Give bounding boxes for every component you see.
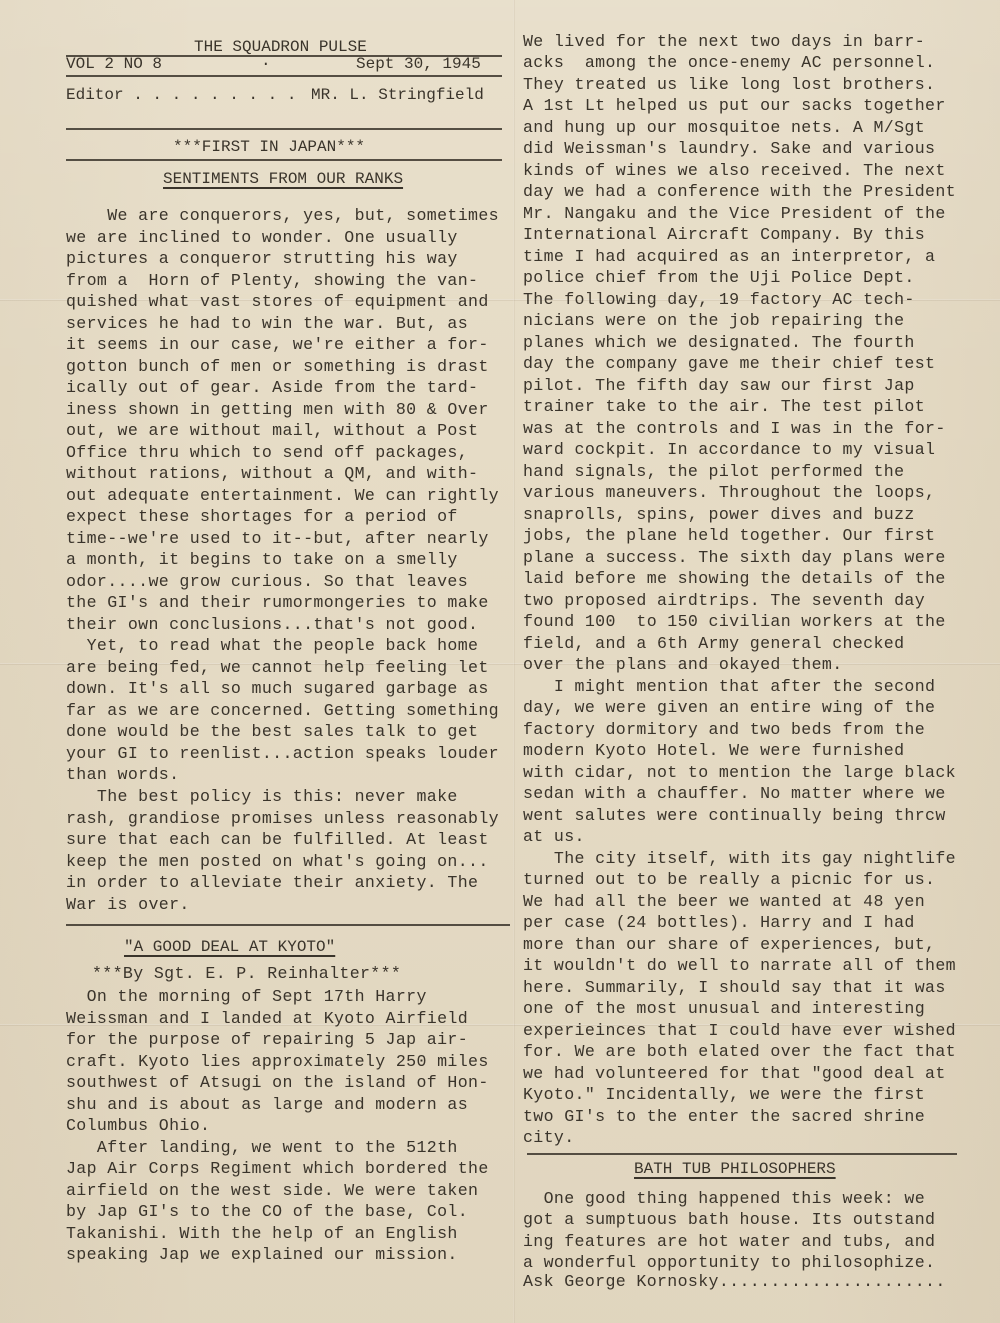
text-line: Kyoto." Incidentally, we were the first xyxy=(523,1084,925,1106)
text-line: airfield on the west side. We were taken xyxy=(66,1180,478,1202)
article-title-kyoto: "A GOOD DEAL AT KYOTO" xyxy=(124,938,335,956)
text-line: out, we are without mail, without a Post xyxy=(66,420,478,442)
text-line: Weissman and I landed at Kyoto Airfield xyxy=(66,1008,468,1030)
text-line: Jap Air Corps Regiment which bordered th… xyxy=(66,1158,489,1180)
text-line: without rations, without a QM, and with- xyxy=(66,463,478,485)
text-line: I might mention that after the second xyxy=(523,676,935,698)
text-line: two GI's to the enter the sacred shrine xyxy=(523,1106,925,1128)
text-line: pilot. The fifth day saw our first Jap xyxy=(523,375,915,397)
text-line: we had volunteered for that "good deal a… xyxy=(523,1063,946,1085)
text-line: got a sumptuous bath house. Its outstand xyxy=(523,1209,935,1231)
text-line: rash, grandiose promises unless reasonab… xyxy=(66,808,499,830)
text-line: day, we were given an entire wing of the xyxy=(523,697,935,719)
text-line: factory dormitory and two beds from the xyxy=(523,719,925,741)
text-line: went salutes were continually being thrc… xyxy=(523,805,946,827)
text-line: trainer take to the air. The test pilot xyxy=(523,396,925,418)
section-banner: ***FIRST IN JAPAN*** xyxy=(173,138,365,156)
text-line: The following day, 19 factory AC tech- xyxy=(523,289,915,311)
section-rule xyxy=(66,128,502,130)
section-rule xyxy=(527,1153,957,1155)
text-line: various maneuvers. Throughout the loops, xyxy=(523,482,935,504)
text-line: for the purpose of repairing 5 Jap air- xyxy=(66,1029,468,1051)
text-line: quished what vast stores of equipment an… xyxy=(66,291,489,313)
text-line: over the plans and okayed them. xyxy=(523,654,843,676)
text-line: southwest of Atsugi on the island of Hon… xyxy=(66,1072,489,1094)
text-line: plane a success. The sixth day plans wer… xyxy=(523,547,946,569)
text-line: A 1st Lt helped us put our sacks togethe… xyxy=(523,95,946,117)
text-line: Office thru which to send off packages, xyxy=(66,442,468,464)
text-line: at us. xyxy=(523,826,585,848)
text-line: acks among the once-enemy AC personnel. xyxy=(523,52,935,74)
text-line: from a Horn of Plenty, showing the van- xyxy=(66,270,478,292)
text-line: for. We are both elated over the fact th… xyxy=(523,1041,956,1063)
text-line: than words. xyxy=(66,764,179,786)
text-line: are being fed, we cannot help feeling le… xyxy=(66,657,489,679)
text-line: field, and a 6th Army general checked xyxy=(523,633,904,655)
section-rule xyxy=(66,159,502,161)
text-line: They treated us like long lost brothers. xyxy=(523,74,935,96)
text-line: did Weissman's laundry. Sake and various xyxy=(523,138,935,160)
text-line: a month, it begins to take on a smelly xyxy=(66,549,458,571)
text-line: modern Kyoto Hotel. We were furnished xyxy=(523,740,904,762)
text-line: experieinces that I could have ever wish… xyxy=(523,1020,956,1042)
paper-fold-crease xyxy=(513,0,515,1323)
text-line: was at the controls and I was in the for… xyxy=(523,418,946,440)
text-line: found 100 to 150 civilian workers at the xyxy=(523,611,946,633)
text-line: keep the men posted on what's going on..… xyxy=(66,851,489,873)
text-line: two proposed airdtrips. The seventh day xyxy=(523,590,925,612)
text-line: sure that each can be fulfilled. At leas… xyxy=(66,829,489,851)
text-line: The best policy is this: never make xyxy=(66,786,458,808)
text-line: War is over. xyxy=(66,894,190,916)
text-line: here. Summarily, I should say that it wa… xyxy=(523,977,946,999)
text-line: far as we are concerned. Getting somethi… xyxy=(66,700,499,722)
issue-date: Sept 30, 1945 xyxy=(356,55,481,73)
text-line: by Jap GI's to the CO of the base, Col. xyxy=(66,1201,468,1223)
text-line: hand signals, the pilot performed the xyxy=(523,461,904,483)
text-line: it wouldn't do well to narrate all of th… xyxy=(523,955,956,977)
text-line: with cidar, not to mention the large bla… xyxy=(523,762,956,784)
masthead-separator: · xyxy=(261,55,271,73)
text-line: gotton bunch of men or something is dras… xyxy=(66,356,489,378)
text-line: pictures a conqueror strutting his way xyxy=(66,248,458,270)
text-line: kinds of wines we also received. The nex… xyxy=(523,160,946,182)
text-line: sedan with a chauffer. No matter where w… xyxy=(523,783,946,805)
text-line: Columbus Ohio. xyxy=(66,1115,210,1137)
text-line: snaprolls, spins, power dives and buzz xyxy=(523,504,915,526)
text-line: out adequate entertainment. We can right… xyxy=(66,485,499,507)
text-line: your GI to reenlist...action speaks loud… xyxy=(66,743,499,765)
text-line: International Aircraft Company. By this xyxy=(523,224,925,246)
text-line: done would be the best sales talk to get xyxy=(66,721,478,743)
text-line: We are conquerors, yes, but, sometimes xyxy=(66,205,499,227)
text-line: After landing, we went to the 512th xyxy=(66,1137,458,1159)
text-line: turned out to be really a picnic for us. xyxy=(523,869,935,891)
text-line: craft. Kyoto lies approximately 250 mile… xyxy=(66,1051,489,1073)
text-line: iness shown in getting men with 80 & Ove… xyxy=(66,399,489,421)
text-line: Takanishi. With the help of an English xyxy=(66,1223,458,1245)
text-line: ing features are hot water and tubs, and xyxy=(523,1231,935,1253)
text-line: services he had to win the war. But, as xyxy=(66,313,468,335)
text-line: The city itself, with its gay nightlife xyxy=(523,848,956,870)
newsletter-title: THE SQUADRON PULSE xyxy=(194,38,367,56)
text-line: laid before me showing the details of th… xyxy=(523,568,946,590)
text-line: time I had acquired as an interpretor, a xyxy=(523,246,935,268)
text-line: per case (24 bottles). Harry and I had xyxy=(523,912,915,934)
text-line: shu and is about as large and modern as xyxy=(66,1094,468,1116)
text-line: expect these shortages for a period of xyxy=(66,506,458,528)
text-line: in order to alleviate their anxiety. The xyxy=(66,872,478,894)
text-line: day we had a conference with the Preside… xyxy=(523,181,956,203)
text-line: odor....we grow curious. So that leaves xyxy=(66,571,468,593)
text-line: ward cockpit. In accordance to my visual xyxy=(523,439,935,461)
section-rule xyxy=(66,924,510,926)
text-line: more than our share of experiences, but, xyxy=(523,934,935,956)
text-line: We had all the beer we wanted at 48 yen xyxy=(523,891,925,913)
text-line: city. xyxy=(523,1127,575,1149)
text-line: their own conclusions...that's not good. xyxy=(66,614,478,636)
text-line: Yet, to read what the people back home xyxy=(66,635,478,657)
text-line: We lived for the next two days in barr- xyxy=(523,31,925,53)
masthead-rule xyxy=(66,75,502,77)
text-line: the GI's and their rumormongeries to mak… xyxy=(66,592,489,614)
editor-label: Editor . . . . . . . . . xyxy=(66,86,296,104)
text-line: one of the most unusual and interesting xyxy=(523,998,925,1020)
text-line: planes which we designated. The fourth xyxy=(523,332,915,354)
article-title-bath-tub: BATH TUB PHILOSOPHERS xyxy=(634,1160,836,1178)
text-line: and hung up our mosquitoe nets. A M/Sgt xyxy=(523,117,925,139)
text-line: jobs, the plane held together. Our first xyxy=(523,525,935,547)
text-line: police chief from the Uji Police Dept. xyxy=(523,267,915,289)
article-byline: ***By Sgt. E. P. Reinhalter*** xyxy=(92,963,401,985)
text-line: Ask George Kornosky.....................… xyxy=(523,1271,946,1293)
text-line: we are inclined to wonder. One usually xyxy=(66,227,458,249)
text-line: nicians were on the job repairing the xyxy=(523,310,904,332)
editor-name: MR. L. Stringfield xyxy=(311,86,484,104)
text-line: One good thing happened this week: we xyxy=(523,1188,925,1210)
article-title-sentiments: SENTIMENTS FROM OUR RANKS xyxy=(163,170,403,188)
text-line: down. It's all so much sugared garbage a… xyxy=(66,678,489,700)
text-line: speaking Jap we explained our mission. xyxy=(66,1244,458,1266)
text-line: Mr. Nangaku and the Vice President of th… xyxy=(523,203,946,225)
text-line: time--we're used to it--but, after nearl… xyxy=(66,528,489,550)
text-line: day the company gave me their chief test xyxy=(523,353,935,375)
text-line: ically out of gear. Aside from the tard- xyxy=(66,377,478,399)
volume-number: VOL 2 NO 8 xyxy=(66,55,162,73)
text-line: On the morning of Sept 17th Harry xyxy=(66,986,427,1008)
text-line: it seems in our case, we're either a for… xyxy=(66,334,489,356)
